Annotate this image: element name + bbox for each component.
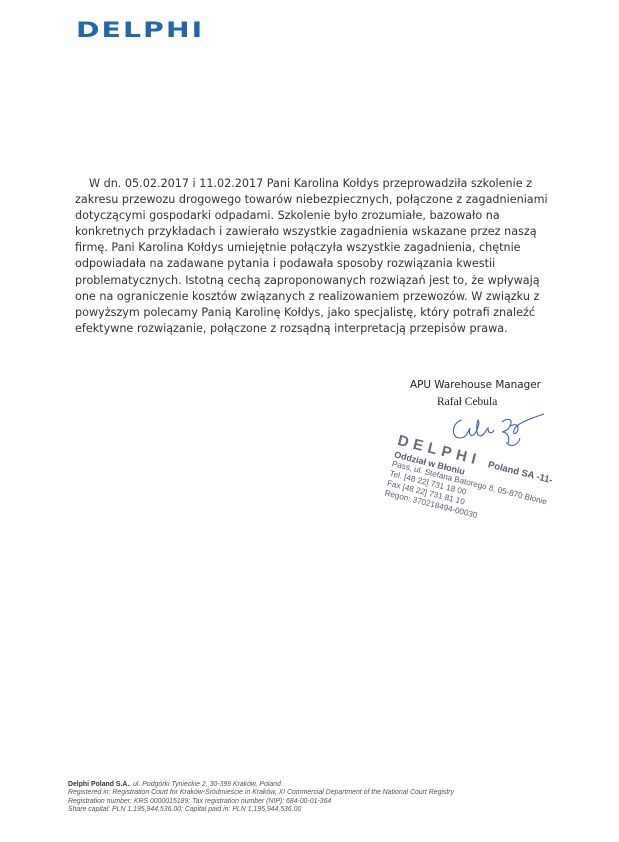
letter-line: W dn. 05.02.2017 i 11.02.2017 Pani Karol… <box>75 176 595 192</box>
footer-registration: Registration number: KRS 0000015189; Tax… <box>68 798 454 806</box>
letter-line: powyższym polecamy Panią Karolinę Kołdys… <box>75 305 595 321</box>
letter-line: problematycznych. Istotną cechą zapropon… <box>75 273 595 289</box>
letter-line: firmę. Pani Karolina Kołdys umiejętnie p… <box>75 240 595 256</box>
letter-line: odpowiadała na zadawane pytania i podawa… <box>75 256 595 272</box>
footer-registered: Registered in: Registration Court for Kr… <box>68 789 454 797</box>
footer-company: Delphi Poland S.A. <box>68 781 129 788</box>
signer-title: APU Warehouse Manager <box>410 379 541 391</box>
delphi-logo: DELPHI <box>76 18 204 42</box>
footer-capital: Share capital: PLN 1,195,944,536.00; Cap… <box>68 806 454 814</box>
handwritten-signature-icon <box>448 412 558 452</box>
letter-line: dotyczącymi gospodarki odpadami. Szkolen… <box>75 208 595 224</box>
footer: Delphi Poland S.A., ul. Podgórki Tynieck… <box>68 781 454 814</box>
letter-line: konkretnych przykładach i zawierało wszy… <box>75 224 595 240</box>
signer-name: Rafał Cebula <box>437 396 497 408</box>
letter-line: efektywne rozwiązanie, połączone z rozsą… <box>75 321 595 337</box>
letter-body: W dn. 05.02.2017 i 11.02.2017 Pani Karol… <box>75 176 595 337</box>
letter-line: one na ograniczenie kosztów związanych z… <box>75 289 595 305</box>
letter-line: zakresu przewozu drogowego towarów niebe… <box>75 192 595 208</box>
footer-address: , ul. Podgórki Tynieckie 2, 30-399 Krakó… <box>129 781 281 788</box>
